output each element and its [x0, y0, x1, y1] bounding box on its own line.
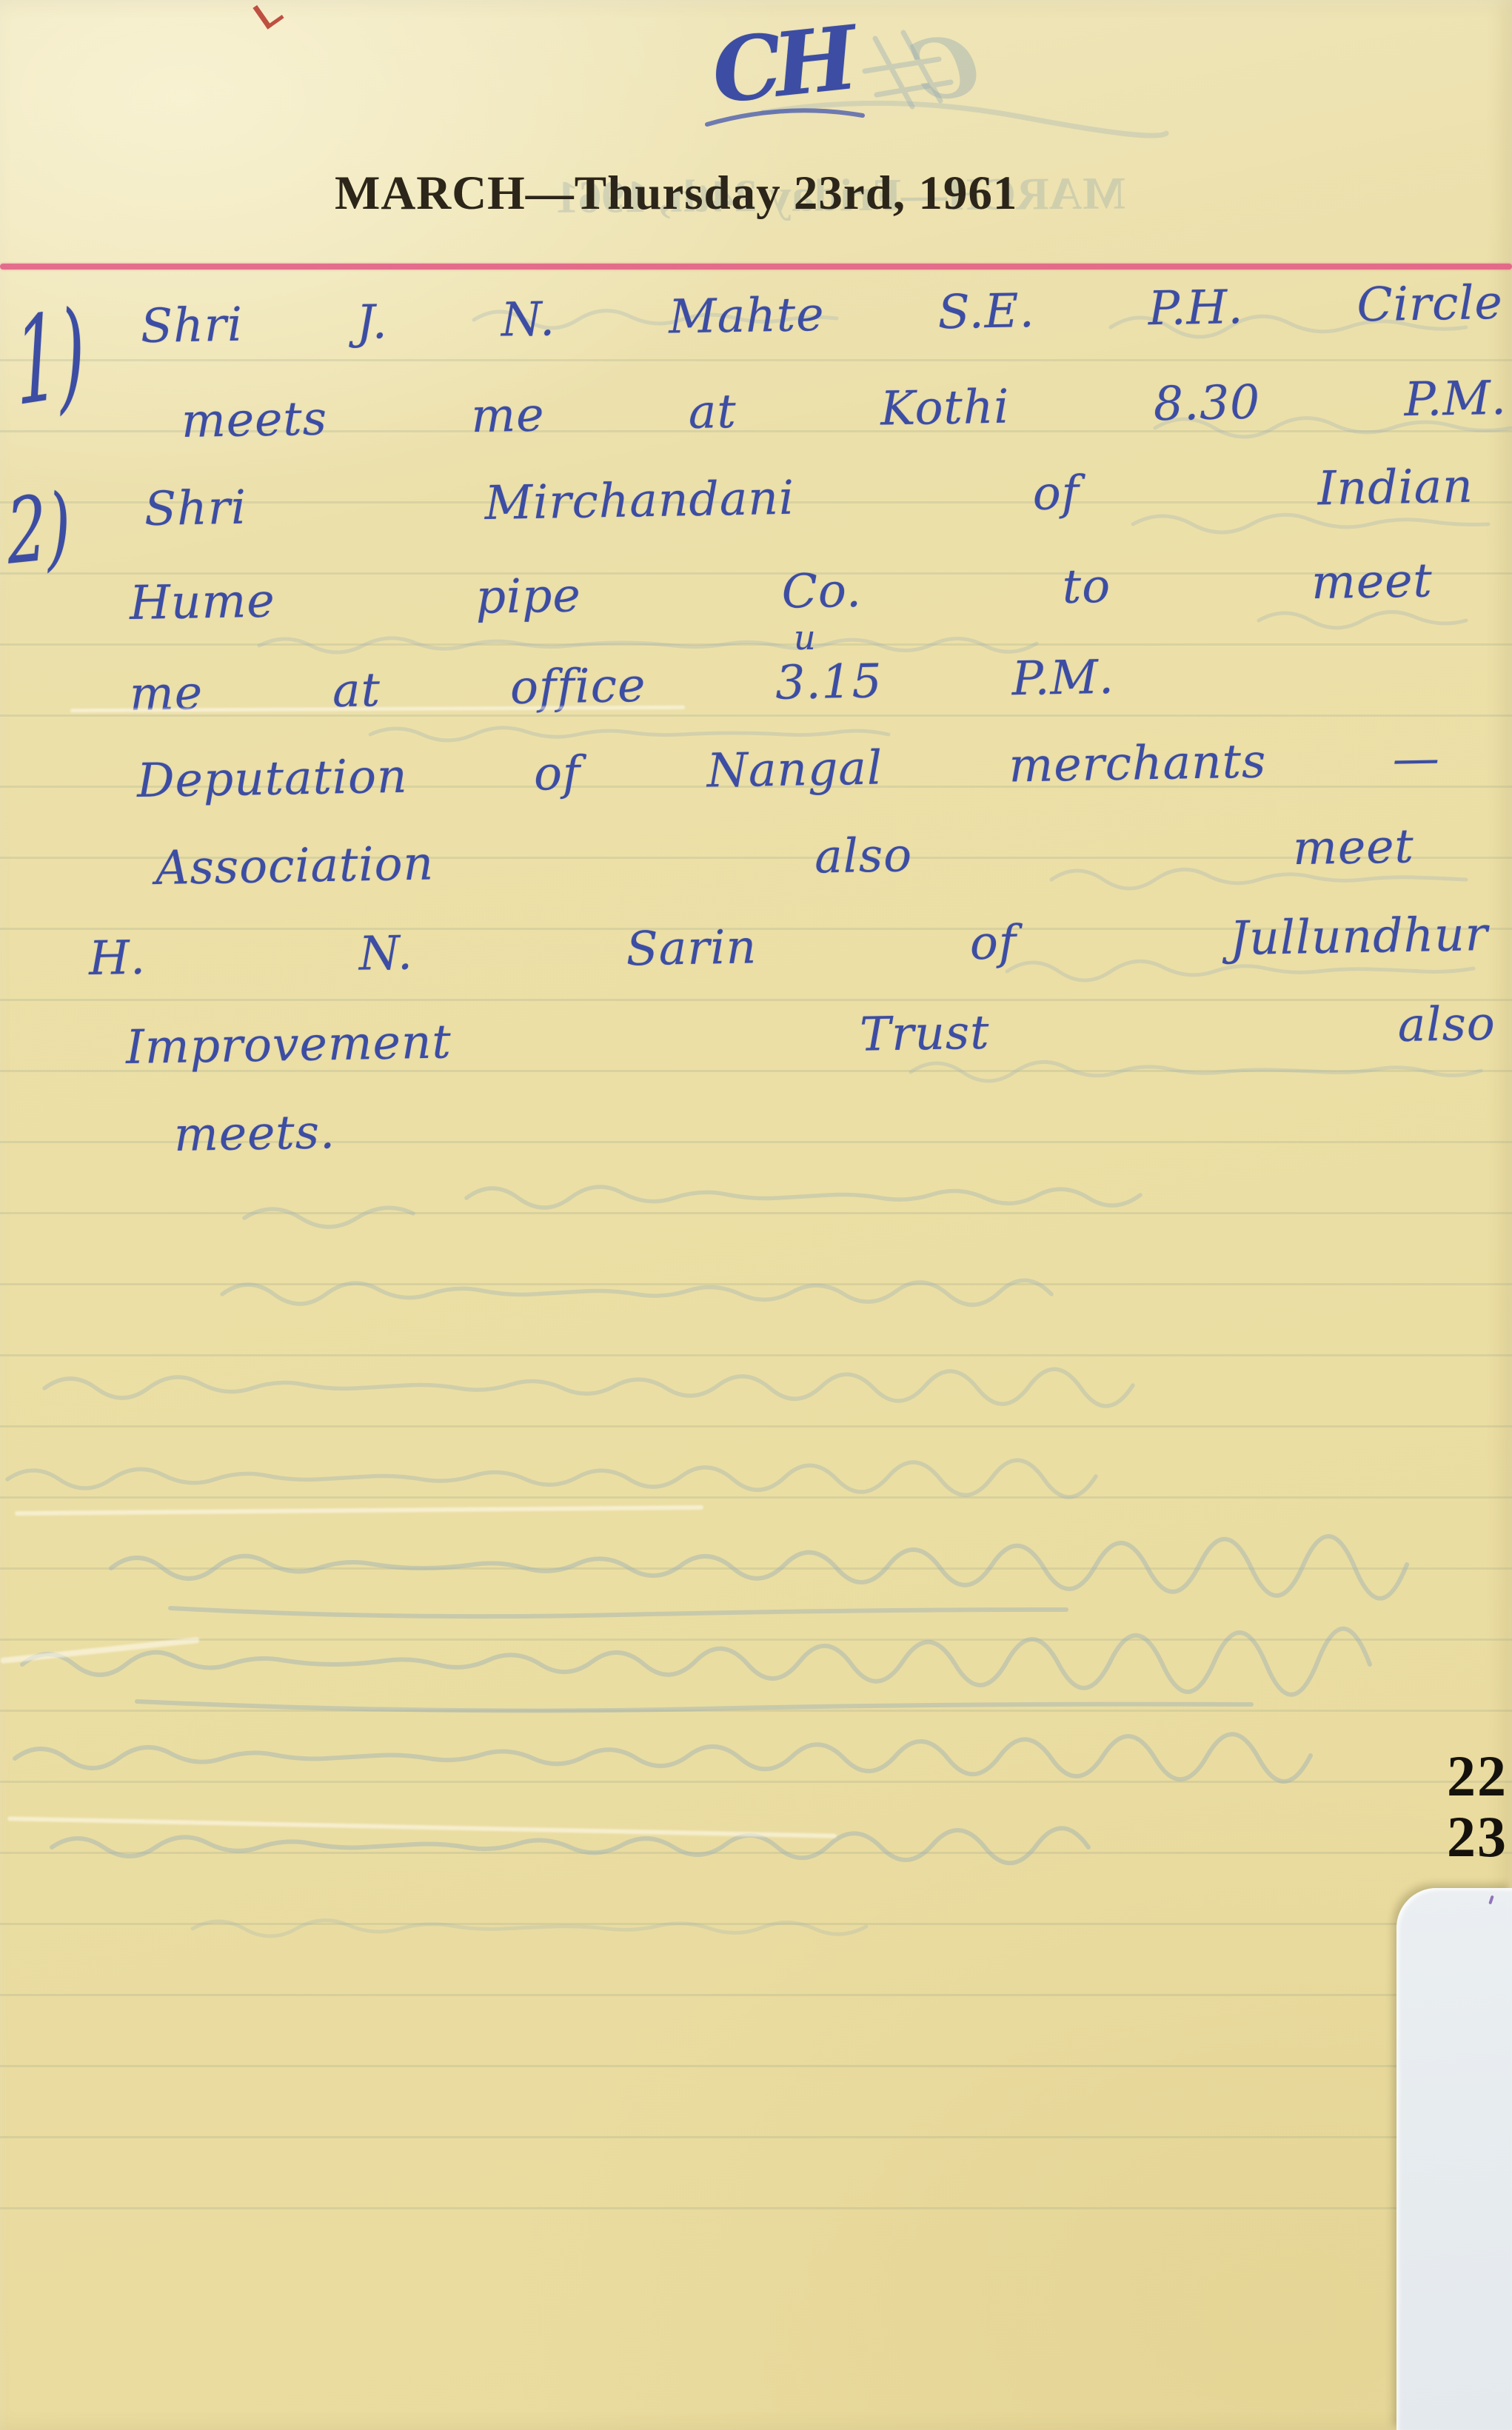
crease-streak — [0, 1637, 199, 1664]
ch-underline-stroke — [0, 0, 1512, 2430]
red-rule — [0, 264, 1512, 270]
date-heading: MARCH—Thursday 23rd, 1961 — [335, 166, 1017, 221]
diary-line: Improvement Trust also — [125, 1000, 1496, 1072]
diary-line: meets me at Kothi 8.30 P.M. — [181, 374, 1507, 446]
diary-line: H. N. Sarin of Jullundhur — [88, 910, 1488, 983]
diary-line: meets. — [173, 1105, 485, 1159]
diary-line: me at office 3.15 P.M. — [129, 653, 1114, 719]
diary-line: Hume pipe Co. to meet — [129, 556, 1433, 628]
bleed-through-ghost-writing — [0, 0, 1512, 2430]
red-edge-mark — [252, 0, 284, 30]
inserted-letter: u — [794, 617, 816, 657]
diary-line: Deputation of Nangal merchants — — [136, 734, 1440, 806]
diary-line: Association also meet — [155, 822, 1414, 893]
diary-line: Shri J. N. Mahte S.E. P.H. Circle — [140, 278, 1503, 351]
ghost-ch-mark: C — [906, 17, 983, 121]
ch-ink-mark: CH — [707, 7, 854, 124]
page-number-23: 23 — [1447, 1810, 1508, 1864]
diary-page-scan: CH C MARCH—Friday 24th, 1961 MARCH—Thurs… — [0, 0, 1512, 2430]
entry-marker-1: 1) — [12, 284, 88, 433]
entry-marker-2: 2) — [4, 473, 73, 584]
crease-streak — [7, 1816, 837, 1838]
ghost-hash-strokes — [865, 33, 951, 107]
diary-line: Shri Mirchandani of Indian — [144, 462, 1473, 534]
page-number-22: 22 — [1447, 1749, 1508, 1804]
white-corner-tab — [1396, 1888, 1512, 2430]
crease-streak — [15, 1505, 703, 1516]
